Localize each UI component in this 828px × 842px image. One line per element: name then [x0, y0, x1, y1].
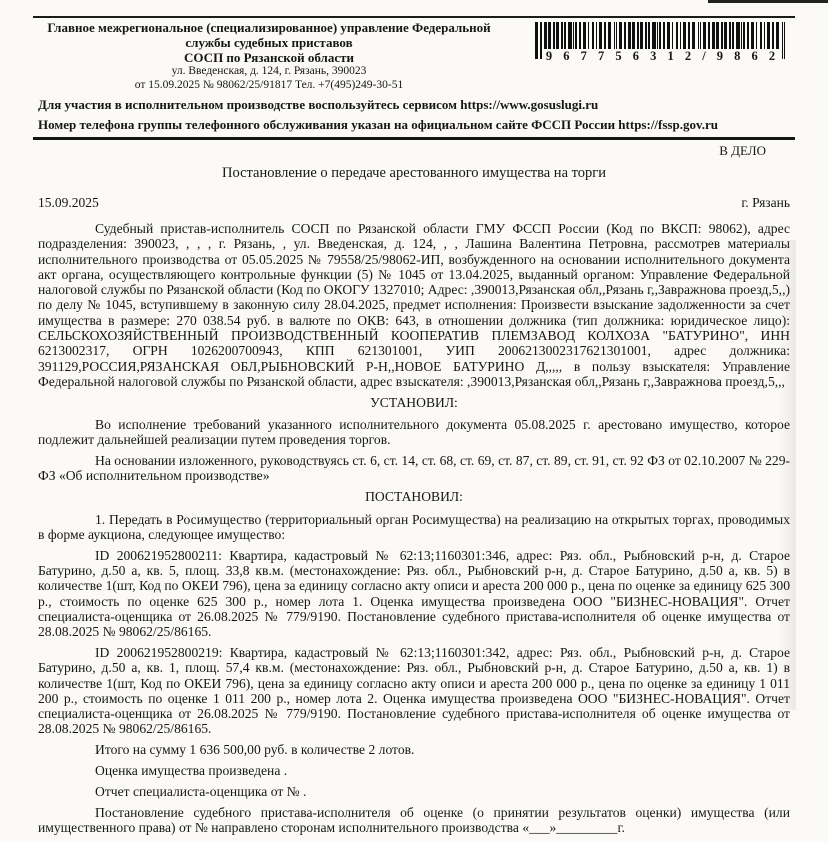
document-city: г. Рязань — [741, 195, 790, 211]
ustanovil-heading: УСТАНОВИЛ: — [38, 395, 790, 410]
barcode: 9 6 7 7 5 6 3 1 2 / 9 8 6 2 — [535, 22, 790, 64]
issuer-name: Главное межрегиональное (специализирован… — [30, 20, 508, 50]
document-body: Судебный пристав-исполнитель СОСП по Ряз… — [38, 221, 790, 835]
valuation-line: Оценка имущества произведена . — [38, 763, 790, 778]
phone-notice: Номер телефона группы телефонного обслуж… — [38, 117, 828, 133]
date-row: 15.09.2025 г. Рязань — [38, 195, 790, 211]
header-divider — [33, 137, 795, 140]
document-title: Постановление о передаче арестованного и… — [0, 165, 828, 182]
legal-basis-paragraph: На основании изложенного, руководствуясь… — [38, 453, 790, 484]
total-line: Итого на сумму 1 636 500,00 руб. в колич… — [38, 742, 790, 757]
document-page: Главное межрегиональное (специализирован… — [0, 0, 828, 842]
v-delo-stamp: В ДЕЛО — [0, 143, 766, 158]
notices-block: Для участия в исполнительном производств… — [38, 97, 828, 133]
document-date: 15.09.2025 — [38, 195, 99, 211]
document-header: Главное межрегиональное (специализирован… — [0, 0, 828, 92]
barcode-number: 9 6 7 7 5 6 3 1 2 / 9 8 6 2 — [543, 49, 782, 64]
report-line: Отчет специалиста-оценщика от № . — [38, 784, 790, 799]
document-ref-line: от 15.09.2025 № 98062/25/91817 Тел. +7(4… — [30, 79, 508, 93]
intro-paragraph: Судебный пристав-исполнитель СОСП по Ряз… — [38, 221, 790, 389]
lot-1-paragraph: ID 200621952800211: Квартира, кадастровы… — [38, 548, 790, 640]
postanovil-heading: ПОСТАНОВИЛ: — [38, 489, 790, 504]
issuer-address: ул. Введенская, д. 124, г. Рязань, 39002… — [30, 65, 508, 79]
resolution-item-1: 1. Передать в Росимущество (территориаль… — [38, 512, 790, 543]
issuer-department: СОСП по Рязанской области — [30, 50, 508, 65]
ustanovil-paragraph: Во исполнение требований указанного испо… — [38, 417, 790, 448]
notice-parties-line: Постановление судебного пристава-исполни… — [38, 805, 790, 836]
gosuslugi-notice: Для участия в исполнительном производств… — [38, 97, 828, 113]
lot-2-paragraph: ID 200621952800219: Квартира, кадастровы… — [38, 645, 790, 737]
issuer-block: Главное межрегиональное (специализирован… — [30, 20, 508, 92]
